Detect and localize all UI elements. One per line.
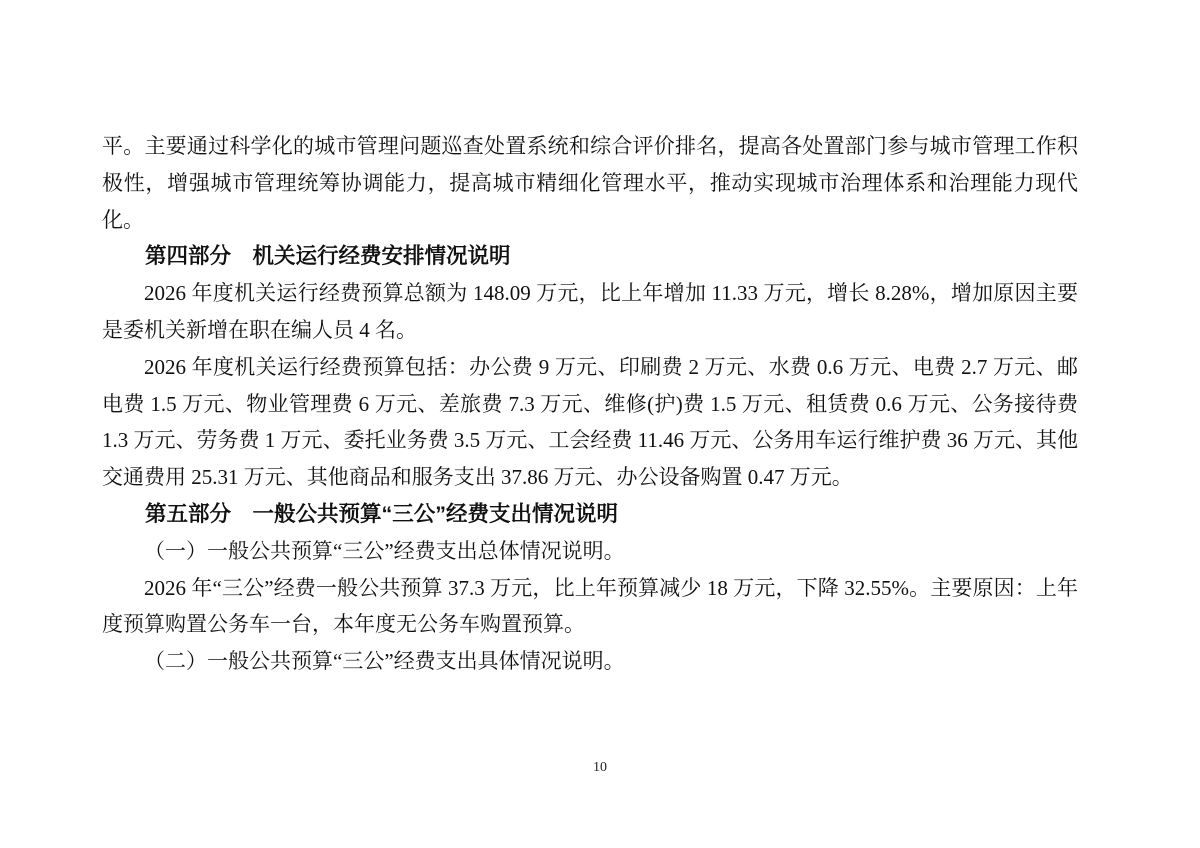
body-paragraph: 2026 年度机关运行经费预算总额为 148.09 万元，比上年增加 11.33… (102, 275, 1078, 349)
body-paragraph: 平。主要通过科学化的城市管理问题巡查处置系统和综合评价排名，提高各处置部门参与城… (102, 128, 1078, 238)
section-heading: 第五部分 一般公共预算“三公”经费支出情况说明 (102, 496, 1078, 533)
subsection-line: （二）一般公共预算“三公”经费支出具体情况说明。 (102, 643, 1078, 680)
page-number: 10 (0, 760, 1200, 776)
document-body: 平。主要通过科学化的城市管理问题巡查处置系统和综合评价排名，提高各处置部门参与城… (102, 128, 1078, 680)
section-heading: 第四部分 机关运行经费安排情况说明 (102, 238, 1078, 275)
subsection-line: （一）一般公共预算“三公”经费支出总体情况说明。 (102, 533, 1078, 570)
body-paragraph: 2026 年“三公”经费一般公共预算 37.3 万元，比上年预算减少 18 万元… (102, 570, 1078, 644)
body-paragraph: 2026 年度机关运行经费预算包括：办公费 9 万元、印刷费 2 万元、水费 0… (102, 349, 1078, 496)
document-page: 平。主要通过科学化的城市管理问题巡查处置系统和综合评价排名，提高各处置部门参与城… (0, 0, 1200, 848)
